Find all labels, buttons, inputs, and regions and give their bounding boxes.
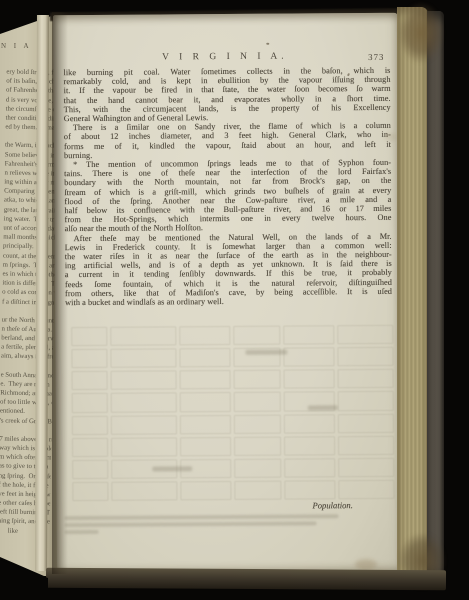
showthrough-cell <box>284 458 335 477</box>
showthrough-cell <box>337 391 393 411</box>
showthrough-cell <box>337 347 393 367</box>
catchword: Population. <box>312 500 352 510</box>
book-photo: N I A ery bold ſtream, fallinof its baſi… <box>0 0 469 600</box>
corner-stain-top <box>398 2 444 64</box>
left-fragment: the Warm, is much hot <box>5 141 57 151</box>
showthrough-cell <box>337 369 393 389</box>
page-stain <box>384 133 398 141</box>
showthrough-cell <box>72 482 108 501</box>
showthrough-cell <box>283 414 334 433</box>
cover-edge <box>427 11 444 582</box>
showthrough-cell <box>72 437 108 456</box>
fore-edge-pages <box>397 7 428 583</box>
showthrough-cell <box>110 371 177 391</box>
showthrough-cell <box>180 370 231 389</box>
bleed-through-line <box>65 514 339 520</box>
showthrough-cell <box>180 348 231 367</box>
left-fragment: of Fahrenheit's therm <box>6 86 58 96</box>
showthrough-cell <box>284 436 335 455</box>
showthrough-cell <box>111 481 178 501</box>
page-leaf-edge <box>35 15 49 571</box>
showthrough-cell <box>71 349 107 368</box>
showthrough-cell <box>283 370 334 389</box>
showthrough-cell <box>180 437 231 456</box>
showthrough-cell <box>111 393 178 413</box>
showthrough-cell <box>72 460 108 479</box>
facing-page-text: ery bold ſtream, fallinof its baſin, whi… <box>0 68 58 537</box>
showthrough-cell <box>180 326 231 345</box>
showthrough-cell <box>72 393 108 412</box>
bleed-through-line <box>65 530 99 534</box>
running-header: V I R G I N I A. 373 <box>63 51 386 65</box>
showthrough-cell <box>338 480 394 500</box>
facing-page-header-fragment: N I A <box>1 42 32 50</box>
showthrough-smudge <box>152 466 192 471</box>
showthrough-smudge <box>245 350 287 355</box>
showthrough-cell <box>338 413 394 433</box>
ink-speck <box>266 43 269 45</box>
showthrough-cell <box>234 392 280 411</box>
book-bottom-edge <box>46 568 446 590</box>
showthrough-cell <box>110 326 177 346</box>
main-page: V I R G I N I A. 373 like burning pit co… <box>53 13 402 573</box>
showthrough-cell <box>181 481 232 500</box>
page-number: 373 <box>368 52 384 62</box>
showthrough-cell <box>337 325 393 345</box>
showthrough-cell <box>111 415 178 435</box>
showthrough-smudge <box>308 405 338 410</box>
showthrough-cell <box>110 348 177 368</box>
showthrough-cell <box>72 415 108 434</box>
showthrough-cell <box>234 370 280 389</box>
showthrough-cell <box>338 435 394 455</box>
showthrough-cell <box>234 326 280 345</box>
text-line: with a bucket and windlaſs as an ordinar… <box>65 296 392 307</box>
showthrough-cell <box>180 392 231 411</box>
bleed-through-line <box>65 521 317 527</box>
showthrough-cell <box>234 436 280 455</box>
showthrough-cell <box>338 458 394 478</box>
showthrough-cell <box>180 414 231 433</box>
page-stain <box>355 559 377 570</box>
showthrough-cell <box>234 414 280 433</box>
showthrough-cell <box>283 325 334 344</box>
running-header-title: V I R G I N I A. <box>63 51 386 63</box>
left-fragment: ed by them. It may <box>5 123 57 133</box>
showthrough-cell <box>111 437 178 457</box>
showthrough-cell <box>284 480 335 499</box>
showthrough-cell <box>283 347 334 366</box>
showthrough-cell <box>72 371 108 390</box>
text-block: like burning pit coal. Water ſometimes c… <box>63 66 392 308</box>
showthrough-cell <box>235 458 281 477</box>
showthrough-table <box>71 325 394 501</box>
showthrough-cell <box>235 481 281 500</box>
showthrough-cell <box>71 327 107 346</box>
